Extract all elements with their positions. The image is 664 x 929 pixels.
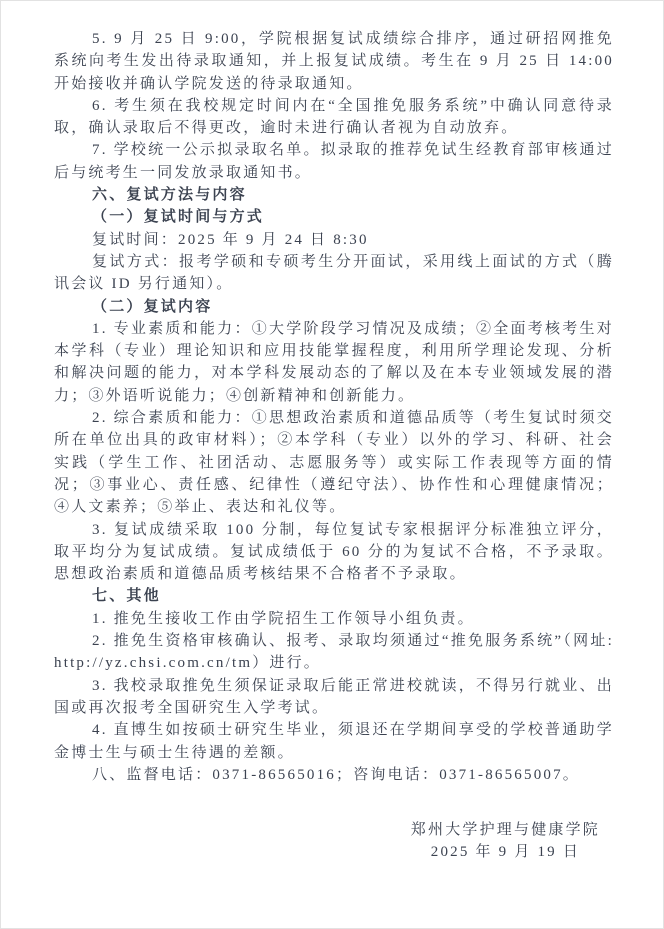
signature-inner: 郑州大学护理与健康学院 2025 年 9 月 19 日 [411,819,600,864]
paragraph: （二）复试内容 [54,296,614,318]
document-page: 5. 9 月 25 日 9:00，学院根据复试成绩综合排序，通过研招网推免系统向… [0,0,664,929]
signature-date: 2025 年 9 月 19 日 [411,841,600,863]
paragraph: 2. 综合素质和能力：①思想政治素质和道德品质等（考生复试时须交所在单位出具的政… [54,407,614,518]
paragraph: 复试方式：报考学硕和专硕考生分开面试，采用线上面试的方式（腾讯会议 ID 另行通… [54,251,614,296]
paragraph: 3. 我校录取推免生须保证录取后能正常进校就读，不得另行就业、出国或再次报考全国… [54,675,614,720]
paragraph: 七、其他 [54,585,614,607]
document-body: 5. 9 月 25 日 9:00，学院根据复试成绩综合排序，通过研招网推免系统向… [54,28,614,864]
paragraph: 复试时间：2025 年 9 月 24 日 8:30 [54,229,614,251]
paragraph: 6. 考生须在我校规定时间内在“全国推免服务系统”中确认同意待录取，确认录取后不… [54,95,614,140]
paragraph-list: 5. 9 月 25 日 9:00，学院根据复试成绩综合排序，通过研招网推免系统向… [54,28,614,786]
paragraph: 7. 学校统一公示拟录取名单。拟录取的推荐免试生经教育部审核通过后与统考生一同发… [54,139,614,184]
paragraph: 2. 推免生资格审核确认、报考、录取均须通过“推免服务系统”（网址:http:/… [54,630,614,675]
paragraph: 4. 直博生如按硕士研究生毕业，须退还在学期间享受的学校普通助学金博士生与硕士生… [54,719,614,764]
paragraph: 八、监督电话：0371-86565016；咨询电话：0371-86565007。 [54,764,614,786]
paragraph: 六、复试方法与内容 [54,184,614,206]
paragraph: 1. 推免生接收工作由学院招生工作领导小组负责。 [54,608,614,630]
signature-block: 郑州大学护理与健康学院 2025 年 9 月 19 日 [54,819,614,864]
paragraph: 5. 9 月 25 日 9:00，学院根据复试成绩综合排序，通过研招网推免系统向… [54,28,614,95]
signature-org: 郑州大学护理与健康学院 [411,819,600,841]
paragraph: 1. 专业素质和能力：①大学阶段学习情况及成绩；②全面考核考生对本学科（专业）理… [54,318,614,407]
paragraph: 3. 复试成绩采取 100 分制，每位复试专家根据评分标准独立评分，取平均分为复… [54,519,614,586]
paragraph: （一）复试时间与方式 [54,206,614,228]
